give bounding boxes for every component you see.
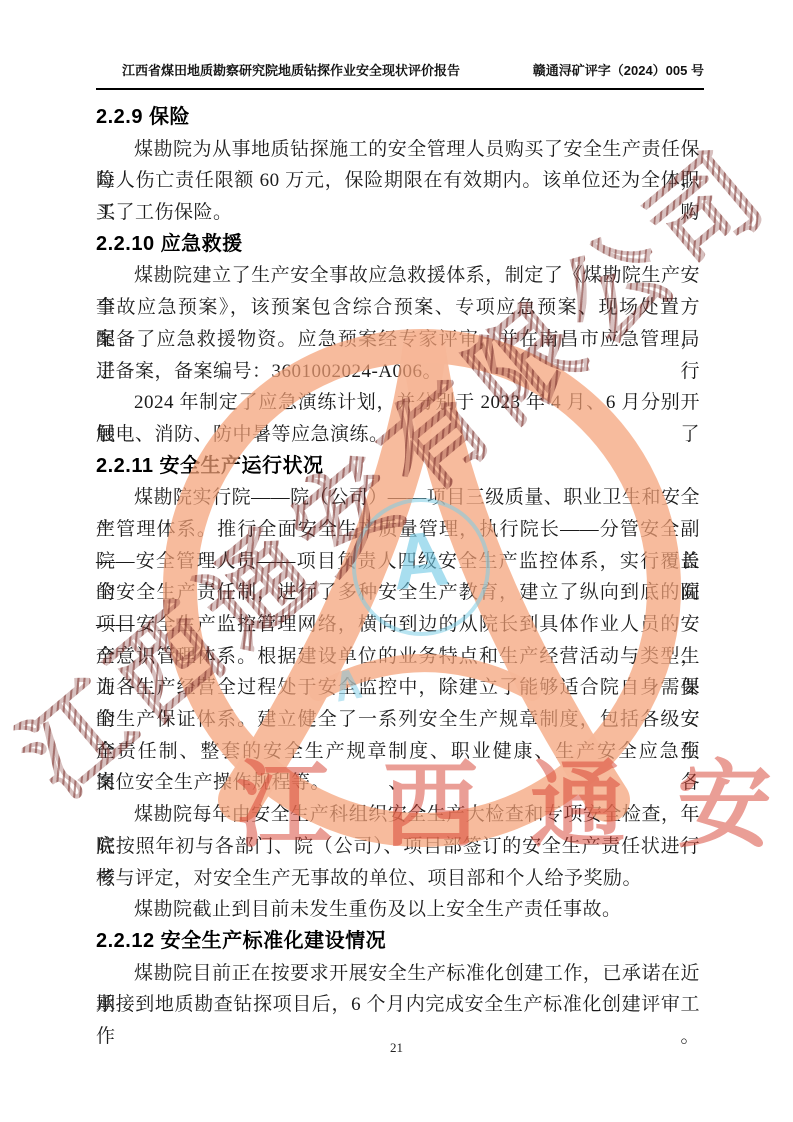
text-line: 院按照年初与各部门、院（公司）、项目部签订的安全生产责任状进行考 (96, 831, 700, 863)
text-line: 全生产保证体系。建立健全了一系列安全生产规章制度，包括各级安全生 (96, 704, 700, 736)
document-body: 2.2.9 保险煤勘院为从事地质钻探施工的安全管理人员购买了安全生产责任保险，每… (96, 102, 700, 1021)
header-document-number: 赣通浔矿评字（2024）005 号 (533, 60, 704, 79)
text-line: 每人伤亡责任限额 60 万元，保险期限在有效期内。该单位还为全体职工购 (96, 165, 700, 197)
section-heading: 2.2.10 应急救援 (96, 229, 700, 261)
text-line: 项目安全生产监控管理网络，横向到边的从院长到具体作业人员的安全生 (96, 609, 700, 641)
section-heading: 2.2.12 安全生产标准化建设情况 (96, 926, 700, 958)
text-line: 配备了应急救援物资。应急预案经专家评审，并在南昌市应急管理局进行 (96, 324, 700, 356)
text-line: 事故应急预案》，该预案包含综合预案、专项应急预案、现场处置方案， (96, 292, 700, 324)
text-line: ——安全管理人员——项目负责人四级安全生产监控体系，实行覆盖全面 (96, 546, 700, 578)
text-line: 产责任制、整套的安全生产规章制度、职业健康、生产安全应急预案、各 (96, 736, 700, 768)
text-line: 煤勘院实行院——院（公司）——项目三级质量、职业卫生和安全生 (96, 482, 700, 514)
text-line: 的安全生产责任制，进行了多种安全生产教育，建立了纵向到底的院—— (96, 577, 700, 609)
header-report-title: 江西省煤田地质勘察研究院地质钻探作业安全现状评价报告 (122, 60, 460, 79)
header-rule (96, 88, 704, 90)
text-line: 证各生产经营全过程处于安全监控中，除建立了能够适合院自身需要的安 (96, 672, 700, 704)
page-number: 21 (0, 1040, 793, 1056)
report-page: 江西省煤田地质勘察研究院地质钻探作业安全现状评价报告 赣通浔矿评字（2024）0… (0, 0, 793, 1122)
text-line: 产意识管理体系。根据建设单位的业务特点和生产经营活动与类型，为保 (96, 641, 700, 673)
section-heading: 2.2.11 安全生产运行状况 (96, 451, 700, 483)
text-line: 2024 年制定了应急演练计划，并分别于 2023 年 4 月、6 月分别开展了 (96, 387, 700, 419)
text-line: 煤勘院截止到目前未发生重伤及以上安全生产责任事故。 (96, 894, 700, 926)
text-line: 煤勘院每年由安全生产科组织安全生产大检查和专项安全检查，年底 (96, 799, 700, 831)
text-line: 煤勘院建立了生产安全事故应急救援体系，制定了《煤勘院生产安全 (96, 260, 700, 292)
section-heading: 2.2.9 保险 (96, 102, 700, 134)
text-line: 产管理体系。推行全面安全生产质量管理，执行院长——分管安全副院长 (96, 514, 700, 546)
text-line: 核与评定，对安全生产无事故的单位、项目部和个人给予奖励。 (96, 863, 700, 895)
text-line: 煤勘院目前正在按要求开展安全生产标准化创建工作，已承诺在近期 (96, 958, 700, 990)
text-line: 承接到地质勘查钻探项目后，6 个月内完成安全生产标准化创建评审工作。 (96, 989, 700, 1021)
text-line: 煤勘院为从事地质钻探施工的安全管理人员购买了安全生产责任保险， (96, 134, 700, 166)
